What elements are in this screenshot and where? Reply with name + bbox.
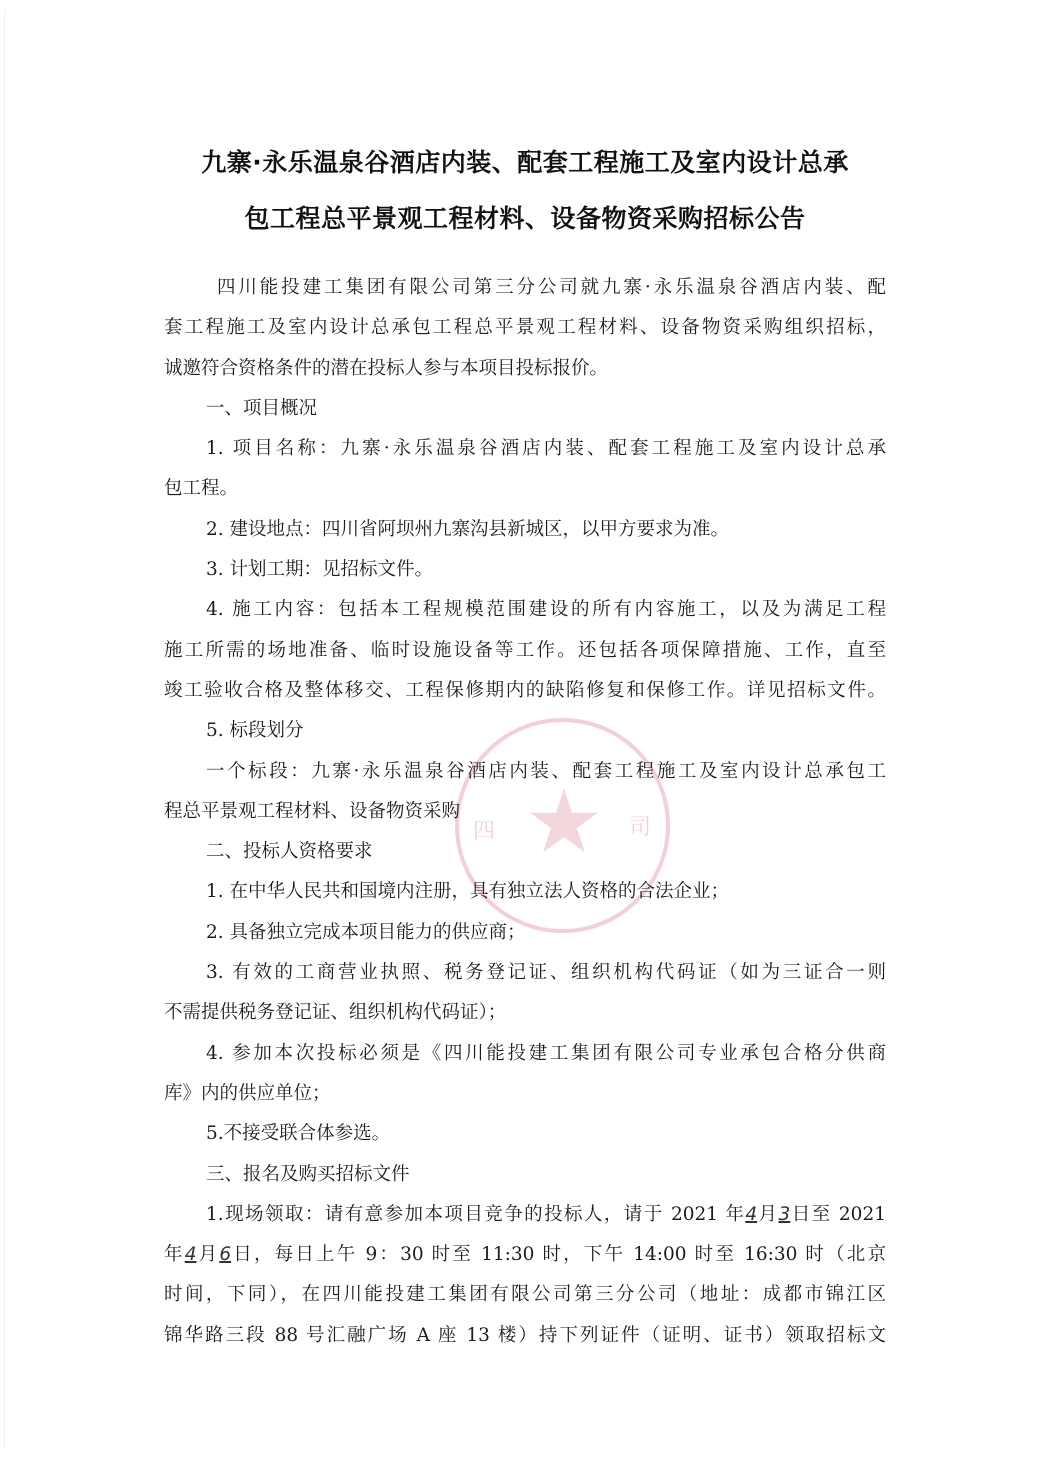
intro-line-2: 套工程施工及室内设计总承包工程总平景观工程材料、设备物资采购组织招标，: [164, 308, 886, 348]
document-title: 九寨·永乐温泉谷酒店内装、配套工程施工及室内设计总承 包工程总平景观工程材料、设…: [150, 135, 900, 247]
intro-line-1: 四川能投建工集团有限公司第三分公司就九寨·永乐温泉谷酒店内装、配: [164, 268, 886, 308]
title-line-1: 九寨·永乐温泉谷酒店内装、配套工程施工及室内设计总承: [150, 135, 900, 191]
section-heading-bidder-qualifications: 二、投标人资格要求: [164, 832, 886, 872]
pickup-text-post: 日至 2021: [790, 1204, 886, 1225]
document-body: 四川能投建工集团有限公司第三分公司就九寨·永乐温泉谷酒店内装、配 套工程施工及室…: [164, 268, 886, 1356]
handwritten-end-day: 6: [219, 1244, 231, 1265]
construction-location: 2. 建设地点：四川省阿坝州九寨沟县新城区，以甲方要求为准。: [164, 510, 886, 550]
construction-scope-line-2: 施工所需的场地准备、临时设施设备等工作。还包括各项保障措施、工作，直至: [164, 631, 886, 671]
lot-division-heading: 5. 标段划分: [164, 711, 886, 751]
section-heading-registration: 三、报名及购买招标文件: [164, 1155, 886, 1195]
handwritten-end-month: 4: [185, 1244, 197, 1265]
pickup-text-pre: 1.现场领取：请有意参加本项目竞争的投标人，请于 2021 年: [206, 1204, 745, 1225]
intro-line-3: 诚邀符合资格条件的潜在投标人参与本项目投标报价。: [164, 349, 886, 389]
lot-description-line-2: 程总平景观工程材料、设备物资采购: [164, 792, 886, 832]
construction-scope-line-1: 4. 施工内容：包括本工程规模范围建设的所有内容施工，以及为满足工程: [164, 590, 886, 630]
title-line-2: 包工程总平景观工程材料、设备物资采购招标公告: [150, 191, 900, 247]
scan-page-edge: [4, 10, 5, 1450]
qualification-4-line-1: 4. 参加本次投标必须是《四川能投建工集团有限公司专业承包合格分供商: [164, 1034, 886, 1074]
onsite-pickup-line-2: 年4月6日，每日上午 9：30 时至 11:30 时，下午 14:00 时至 1…: [164, 1235, 886, 1275]
project-name-line-2: 包工程。: [164, 469, 886, 509]
qualification-5: 5.不接受联合体参选。: [164, 1114, 886, 1154]
onsite-pickup-line-3: 时间，下同），在四川能投建工集团有限公司第三分公司（地址：成都市锦江区: [164, 1275, 886, 1315]
qualification-3-line-1: 3. 有效的工商营业执照、税务登记证、组织机构代码证（如为三证合一则: [164, 953, 886, 993]
lot-description-line-1: 一个标段：九寨·永乐温泉谷酒店内装、配套工程施工及室内设计总承包工: [164, 752, 886, 792]
month-label: 月: [757, 1204, 778, 1225]
project-name-line-1: 1. 项目名称：九寨·永乐温泉谷酒店内装、配套工程施工及室内设计总承: [164, 429, 886, 469]
pickup-hours: 日，每日上午 9：30 时至 11:30 时，下午 14:00 时至 16:30…: [231, 1244, 886, 1265]
onsite-pickup-line-4: 锦华路三段 88 号汇融广场 A 座 13 楼）持下列证件（证明、证书）领取招标…: [164, 1316, 886, 1356]
handwritten-start-day: 3: [779, 1204, 791, 1225]
onsite-pickup-line-1: 1.现场领取：请有意参加本项目竞争的投标人，请于 2021 年4月3日至 202…: [164, 1195, 886, 1235]
qualification-2: 2. 具备独立完成本项目能力的供应商；: [164, 913, 886, 953]
year-label: 年: [164, 1244, 185, 1265]
planned-duration: 3. 计划工期：见招标文件。: [164, 550, 886, 590]
qualification-3-line-2: 不需提供税务登记证、组织机构代码证）；: [164, 993, 886, 1033]
qualification-1: 1. 在中华人民共和国境内注册，具有独立法人资格的合法企业；: [164, 872, 886, 912]
section-heading-project-overview: 一、项目概况: [164, 389, 886, 429]
construction-scope-line-3: 竣工验收合格及整体移交、工程保修期内的缺陷修复和保修工作。详见招标文件。: [164, 671, 886, 711]
month-label: 月: [196, 1244, 219, 1265]
handwritten-start-month: 4: [745, 1204, 757, 1225]
qualification-4-line-2: 库》内的供应单位；: [164, 1074, 886, 1114]
